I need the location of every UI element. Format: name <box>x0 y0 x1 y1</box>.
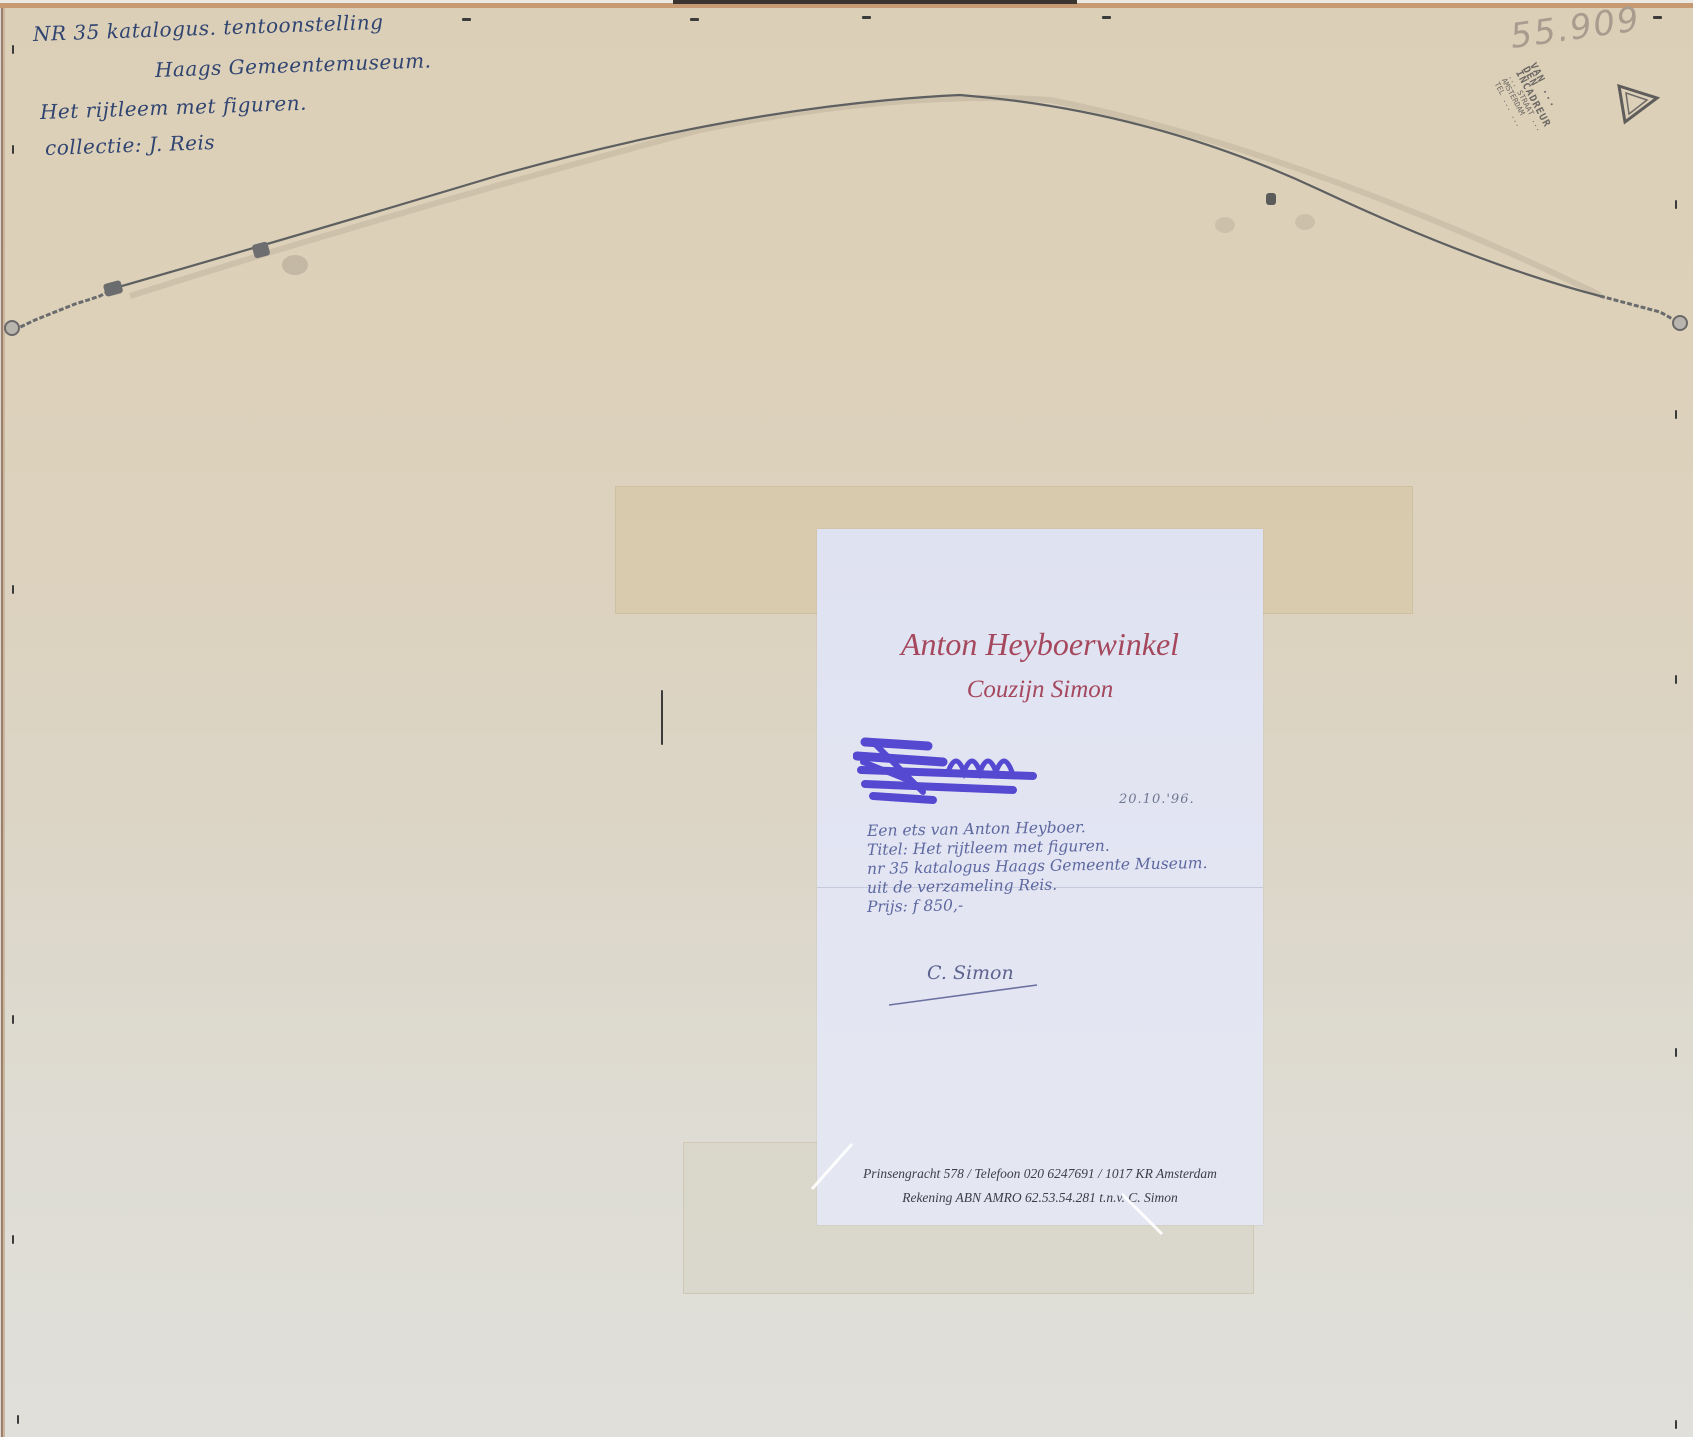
screw-eye-left <box>5 321 19 335</box>
letter-body: Een ets van Anton Heyboer. Titel: Het ri… <box>867 819 1207 914</box>
wire-crimp <box>103 280 124 297</box>
letterhead-title: Anton Heyboerwinkel <box>817 626 1263 663</box>
letter-footer-address: Prinsengracht 578 / Telefoon 020 6247691… <box>817 1166 1263 1182</box>
wire-crimp <box>1266 193 1276 205</box>
letter-date: 20.10.'96. <box>1119 792 1195 807</box>
tape-glare <box>1117 1189 1177 1249</box>
letter-certificate: Anton Heyboerwinkel Couzijn Simon 20.10.… <box>817 529 1263 1225</box>
tape-glare <box>802 1139 862 1199</box>
letter-footer-bank: Rekening ABN AMRO 62.53.54.281 t.n.v. C.… <box>817 1190 1263 1206</box>
letterhead-subtitle: Couzijn Simon <box>817 676 1263 704</box>
signature-underline <box>887 979 1047 1009</box>
screw-eye-right <box>1673 316 1687 330</box>
redaction-scribble <box>853 732 1083 812</box>
